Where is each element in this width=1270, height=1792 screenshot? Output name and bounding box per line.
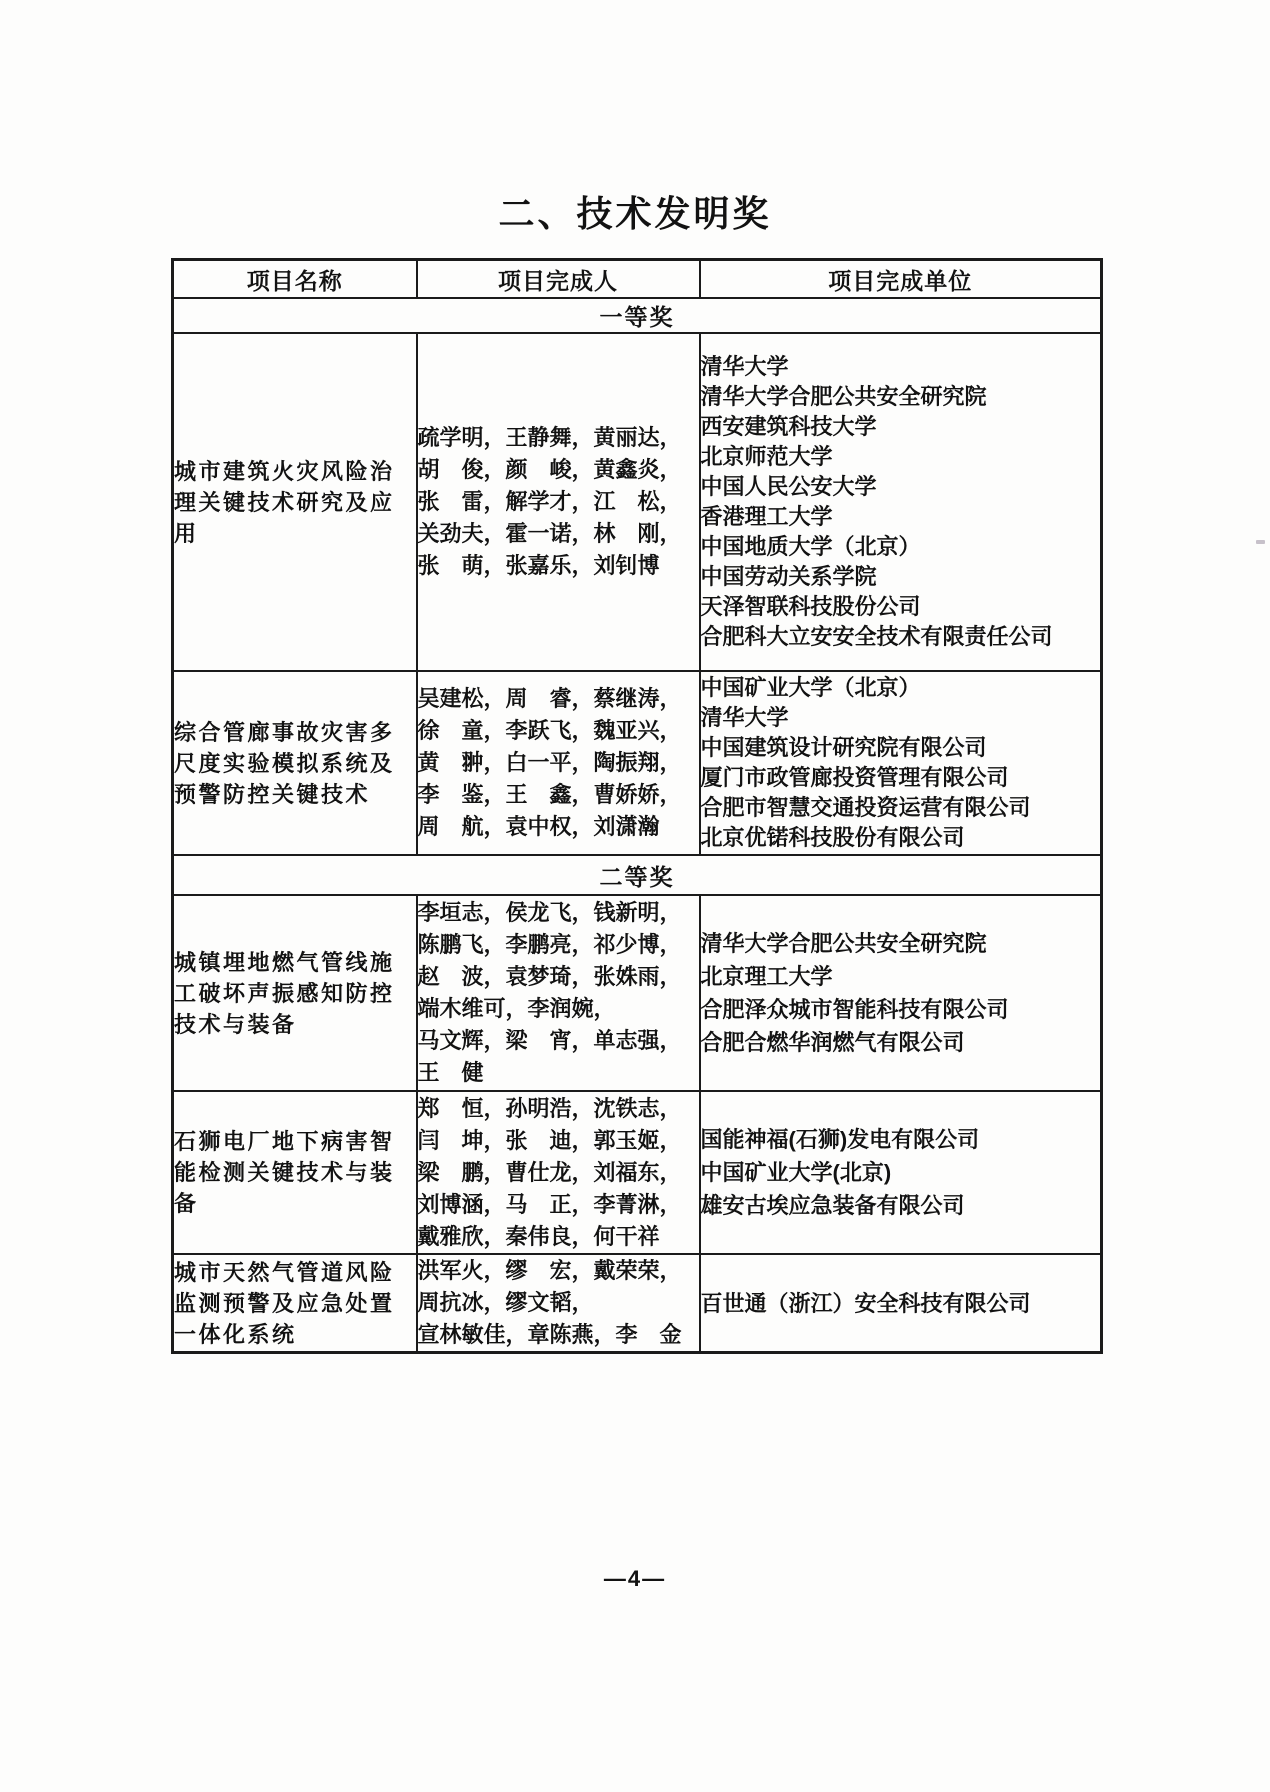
awards-table: 项目名称 项目完成人 项目完成单位 一等奖 城市建筑火灾风险治理关键技术研究及应… bbox=[171, 258, 1103, 1354]
project-units: 国能神福(石狮)发电有限公司中国矿业大学(北京)雄安古埃应急装备有限公司 bbox=[700, 1091, 1102, 1254]
award-row-1: 城市建筑火灾风险治理关键技术研究及应用 疏学明，王静舞，黄丽达，胡 俊，颜 峻，… bbox=[173, 333, 1102, 671]
table-header-row: 项目名称 项目完成人 项目完成单位 bbox=[173, 260, 1102, 299]
person-line: 闫 坤，张 迪，郭玉姬， bbox=[418, 1125, 699, 1157]
award-row-3: 城镇埋地燃气管线施工破坏声振感知防控技术与装备 李垣志，侯龙飞，钱新明，陈鹏飞，… bbox=[173, 895, 1102, 1091]
unit-line: 北京师范大学 bbox=[701, 442, 1101, 472]
person-line: 李 鉴，王 鑫，曹娇娇， bbox=[418, 779, 699, 811]
unit-line: 北京理工大学 bbox=[701, 960, 1101, 993]
award-row-2: 综合管廊事故灾害多尺度实验模拟系统及预警防控关键技术 吴建松，周 睿，蔡继涛，徐… bbox=[173, 671, 1102, 855]
unit-line: 雄安古埃应急装备有限公司 bbox=[701, 1189, 1101, 1222]
person-line: 梁 鹏，曹仕龙，刘福东， bbox=[418, 1157, 699, 1189]
person-line: 端木维可，李润婉， bbox=[418, 993, 699, 1025]
unit-line: 清华大学 bbox=[701, 703, 1101, 733]
scan-artifact bbox=[1256, 540, 1265, 544]
unit-line: 中国人民公安大学 bbox=[701, 472, 1101, 502]
unit-line: 合肥科大立安安全技术有限责任公司 bbox=[701, 622, 1101, 652]
project-name: 石狮电厂地下病害智能检测关键技术与装备 bbox=[173, 1091, 417, 1254]
person-line: 王 健 bbox=[418, 1057, 699, 1089]
person-line: 吴建松，周 睿，蔡继涛， bbox=[418, 683, 699, 715]
unit-line: 合肥市智慧交通投资运营有限公司 bbox=[701, 793, 1101, 823]
unit-line: 百世通（浙江）安全科技有限公司 bbox=[701, 1287, 1101, 1320]
section-row-second-prize: 二等奖 bbox=[173, 855, 1102, 895]
unit-line: 天泽智联科技股份公司 bbox=[701, 592, 1101, 622]
person-line: 宣林敏佳，章陈燕，李 金 bbox=[418, 1319, 699, 1351]
person-line: 陈鹏飞，李鹏亮，祁少博， bbox=[418, 929, 699, 961]
person-line: 张 雷，解学才，江 松， bbox=[418, 486, 699, 518]
person-line: 刘博涵，马 正，李菁淋， bbox=[418, 1189, 699, 1221]
project-name: 城市天然气管道风险监测预警及应急处置一体化系统 bbox=[173, 1254, 417, 1353]
unit-line: 西安建筑科技大学 bbox=[701, 412, 1101, 442]
person-line: 胡 俊，颜 峻，黄鑫炎， bbox=[418, 454, 699, 486]
document-page: 二、技术发明奖 项目名称 项目完成人 项目完成单位 一等奖 城市建筑火灾风险治理… bbox=[0, 0, 1270, 1792]
project-name: 城镇埋地燃气管线施工破坏声振感知防控技术与装备 bbox=[173, 895, 417, 1091]
unit-line: 中国建筑设计研究院有限公司 bbox=[701, 733, 1101, 763]
award-row-5: 城市天然气管道风险监测预警及应急处置一体化系统 洪军火，缪 宏，戴荣荣，周抗冰，… bbox=[173, 1254, 1102, 1353]
person-line: 关劲夫，霍一诺，林 刚， bbox=[418, 518, 699, 550]
project-units: 清华大学合肥公共安全研究院北京理工大学合肥泽众城市智能科技有限公司合肥合燃华润燃… bbox=[700, 895, 1102, 1091]
unit-line: 国能神福(石狮)发电有限公司 bbox=[701, 1123, 1101, 1156]
unit-line: 中国矿业大学(北京) bbox=[701, 1156, 1101, 1189]
project-name: 城市建筑火灾风险治理关键技术研究及应用 bbox=[173, 333, 417, 671]
col-header-project-name: 项目名称 bbox=[173, 260, 417, 299]
unit-line: 清华大学合肥公共安全研究院 bbox=[701, 382, 1101, 412]
person-line: 戴雅欣，秦伟良，何干祥 bbox=[418, 1221, 699, 1253]
person-line: 疏学明，王静舞，黄丽达， bbox=[418, 422, 699, 454]
unit-line: 北京优锘科技股份有限公司 bbox=[701, 823, 1101, 853]
project-units: 清华大学清华大学合肥公共安全研究院西安建筑科技大学北京师范大学中国人民公安大学香… bbox=[700, 333, 1102, 671]
section-row-first-prize: 一等奖 bbox=[173, 298, 1102, 333]
section-label-first-prize: 一等奖 bbox=[173, 298, 1102, 333]
col-header-project-people: 项目完成人 bbox=[417, 260, 700, 299]
unit-line: 清华大学合肥公共安全研究院 bbox=[701, 927, 1101, 960]
project-units: 中国矿业大学（北京）清华大学中国建筑设计研究院有限公司厦门市政管廊投资管理有限公… bbox=[700, 671, 1102, 855]
page-title: 二、技术发明奖 bbox=[0, 186, 1270, 237]
person-line: 马文辉，梁 宵，单志强， bbox=[418, 1025, 699, 1057]
unit-line: 香港理工大学 bbox=[701, 502, 1101, 532]
award-row-4: 石狮电厂地下病害智能检测关键技术与装备 郑 恒，孙明浩，沈铁志，闫 坤，张 迪，… bbox=[173, 1091, 1102, 1254]
unit-line: 中国矿业大学（北京） bbox=[701, 673, 1101, 703]
section-label-second-prize: 二等奖 bbox=[173, 855, 1102, 895]
unit-line: 中国劳动关系学院 bbox=[701, 562, 1101, 592]
unit-line: 中国地质大学（北京） bbox=[701, 532, 1101, 562]
unit-line: 合肥合燃华润燃气有限公司 bbox=[701, 1026, 1101, 1059]
person-line: 周 航，袁中权，刘潇瀚 bbox=[418, 811, 699, 843]
person-line: 黄 翀，白一平，陶振翔， bbox=[418, 747, 699, 779]
unit-line: 合肥泽众城市智能科技有限公司 bbox=[701, 993, 1101, 1026]
project-people: 吴建松，周 睿，蔡继涛，徐 童，李跃飞，魏亚兴，黄 翀，白一平，陶振翔，李 鉴，… bbox=[417, 671, 700, 855]
col-header-project-units: 项目完成单位 bbox=[700, 260, 1102, 299]
person-line: 赵 波，袁梦琦，张姝雨， bbox=[418, 961, 699, 993]
person-line: 洪军火，缪 宏，戴荣荣， bbox=[418, 1255, 699, 1287]
unit-line: 厦门市政管廊投资管理有限公司 bbox=[701, 763, 1101, 793]
project-people: 疏学明，王静舞，黄丽达，胡 俊，颜 峻，黄鑫炎，张 雷，解学才，江 松，关劲夫，… bbox=[417, 333, 700, 671]
project-name: 综合管廊事故灾害多尺度实验模拟系统及预警防控关键技术 bbox=[173, 671, 417, 855]
person-line: 李垣志，侯龙飞，钱新明， bbox=[418, 897, 699, 929]
person-line: 徐 童，李跃飞，魏亚兴， bbox=[418, 715, 699, 747]
unit-line: 清华大学 bbox=[701, 352, 1101, 382]
page-number: —4— bbox=[0, 1566, 1270, 1592]
person-line: 张 萌，张嘉乐，刘钊博 bbox=[418, 550, 699, 582]
project-people: 郑 恒，孙明浩，沈铁志，闫 坤，张 迪，郭玉姬，梁 鹏，曹仕龙，刘福东，刘博涵，… bbox=[417, 1091, 700, 1254]
project-people: 洪军火，缪 宏，戴荣荣，周抗冰，缪文韬，宣林敏佳，章陈燕，李 金 bbox=[417, 1254, 700, 1353]
person-line: 郑 恒，孙明浩，沈铁志， bbox=[418, 1093, 699, 1125]
person-line: 周抗冰，缪文韬， bbox=[418, 1287, 699, 1319]
project-units: 百世通（浙江）安全科技有限公司 bbox=[700, 1254, 1102, 1353]
project-people: 李垣志，侯龙飞，钱新明，陈鹏飞，李鹏亮，祁少博，赵 波，袁梦琦，张姝雨，端木维可… bbox=[417, 895, 700, 1091]
